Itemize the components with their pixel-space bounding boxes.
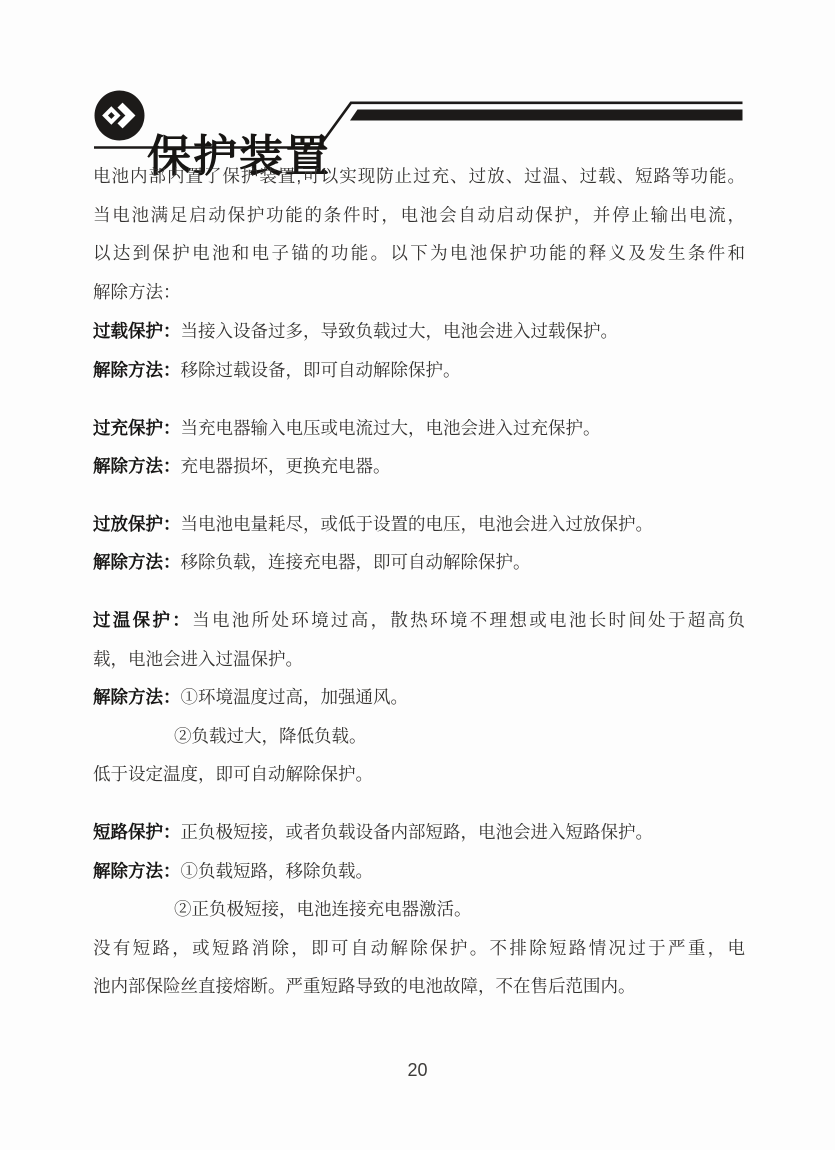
text-line: 电池内部内置了保护装置,可以实现防止过充、过放、过温、过载、短路等功能。	[93, 157, 745, 196]
term-label: 过充保护：	[93, 418, 181, 438]
line-text: 当电池满足启动保护功能的条件时，电池会自动启动保护，并停止输出电流，	[93, 205, 745, 225]
section-short-circuit-protection: 短路保护：正负极短接，或者负载设备内部短路，电池会进入短路保护。解除方法：①负载…	[93, 813, 745, 1006]
line-text: 以达到保护电池和电子锚的功能。以下为电池保护功能的释义及发生条件和	[93, 243, 745, 263]
line-text: 移除负载，连接充电器，即可自动解除保护。	[181, 552, 531, 572]
section-overdischarge-protection: 过放保护：当电池电量耗尽，或低于设置的电压，电池会进入过放保护。解除方法：移除负…	[93, 505, 745, 582]
term-label: 短路保护：	[93, 822, 181, 842]
text-line: ②负载过大，降低负载。	[93, 717, 745, 756]
line-text: 当电池所处环境过高，散热环境不理想或电池长时间处于超高负	[192, 610, 745, 630]
line-text: 池内部保险丝直接熔断。严重短路导致的电池故障，不在售后范围内。	[93, 976, 636, 996]
line-text: 低于设定温度，即可自动解除保护。	[93, 764, 373, 784]
line-text: 正负极短接，或者负载设备内部短路，电池会进入短路保护。	[181, 822, 654, 842]
line-text: ②正负极短接，电池连接充电器激活。	[174, 899, 472, 919]
text-line: 过载保护：当接入设备过多，导致负载过大，电池会进入过载保护。	[93, 312, 745, 351]
term-label: 解除方法：	[93, 687, 181, 707]
text-line: 当电池满足启动保护功能的条件时，电池会自动启动保护，并停止输出电流，	[93, 196, 745, 235]
page-number: 20	[0, 1060, 835, 1081]
term-label: 过温保护：	[93, 610, 192, 630]
text-line: 没有短路，或短路消除，即可自动解除保护。不排除短路情况过于严重，电	[93, 929, 745, 968]
text-line: ②正负极短接，电池连接充电器激活。	[93, 890, 745, 929]
text-line: 载，电池会进入过温保护。	[93, 640, 745, 679]
text-line: 池内部保险丝直接熔断。严重短路导致的电池故障，不在售后范围内。	[93, 967, 745, 1006]
text-line: 短路保护：正负极短接，或者负载设备内部短路，电池会进入短路保护。	[93, 813, 745, 852]
text-line: 低于设定温度，即可自动解除保护。	[93, 755, 745, 794]
intro-paragraph: 电池内部内置了保护装置,可以实现防止过充、过放、过温、过载、短路等功能。当电池满…	[93, 157, 745, 311]
protection-sections: 过载保护：当接入设备过多，导致负载过大，电池会进入过载保护。解除方法：移除过载设…	[93, 312, 745, 1006]
term-label: 过放保护：	[93, 514, 181, 534]
line-text: 电池内部内置了保护装置,可以实现防止过充、过放、过温、过载、短路等功能。	[93, 166, 745, 186]
line-text: ①环境温度过高，加强通风。	[181, 687, 409, 707]
term-label: 解除方法：	[93, 552, 181, 572]
text-line: 解除方法：①环境温度过高，加强通风。	[93, 678, 745, 717]
line-text: 当电池电量耗尽，或低于设置的电压，电池会进入过放保护。	[181, 514, 654, 534]
line-text: 移除过载设备，即可自动解除保护。	[181, 360, 461, 380]
term-label: 解除方法：	[93, 861, 181, 881]
content: 电池内部内置了保护装置,可以实现防止过充、过放、过温、过载、短路等功能。当电池满…	[93, 157, 745, 1006]
section-overload-protection: 过载保护：当接入设备过多，导致负载过大，电池会进入过载保护。解除方法：移除过载设…	[93, 312, 745, 389]
line-text: 充电器损坏，更换充电器。	[181, 456, 391, 476]
text-line: 以达到保护电池和电子锚的功能。以下为电池保护功能的释义及发生条件和	[93, 234, 745, 273]
term-label: 解除方法：	[93, 456, 181, 476]
text-line: 解除方法：充电器损坏，更换充电器。	[93, 447, 745, 486]
section-overtemperature-protection: 过温保护：当电池所处环境过高，散热环境不理想或电池长时间处于超高负载，电池会进入…	[93, 601, 745, 794]
line-text: ②负载过大，降低负载。	[174, 726, 367, 746]
term-label: 过载保护：	[93, 321, 181, 341]
line-text: 当接入设备过多，导致负载过大，电池会进入过载保护。	[181, 321, 619, 341]
text-line: 解除方法：移除过载设备，即可自动解除保护。	[93, 351, 745, 390]
text-line: 过充保护：当充电器输入电压或电流过大，电池会进入过充保护。	[93, 409, 745, 448]
header-rule-decoration	[0, 0, 835, 170]
line-text: 载，电池会进入过温保护。	[93, 649, 303, 669]
line-text: 当充电器输入电压或电流过大，电池会进入过充保护。	[181, 418, 601, 438]
term-label: 解除方法：	[93, 360, 181, 380]
text-line: 过温保护：当电池所处环境过高，散热环境不理想或电池长时间处于超高负	[93, 601, 745, 640]
line-text: 没有短路，或短路消除，即可自动解除保护。不排除短路情况过于严重，电	[93, 938, 745, 958]
text-line: 解除方法：	[93, 273, 745, 312]
text-line: 解除方法：①负载短路，移除负载。	[93, 852, 745, 891]
text-line: 过放保护：当电池电量耗尽，或低于设置的电压，电池会进入过放保护。	[93, 505, 745, 544]
line-text: 解除方法：	[93, 282, 181, 302]
chevron-diamond-icon	[94, 90, 145, 141]
line-text: ①负载短路，移除负载。	[181, 861, 374, 881]
section-overcharge-protection: 过充保护：当充电器输入电压或电流过大，电池会进入过充保护。解除方法：充电器损坏，…	[93, 409, 745, 486]
text-line: 解除方法：移除负载，连接充电器，即可自动解除保护。	[93, 543, 745, 582]
